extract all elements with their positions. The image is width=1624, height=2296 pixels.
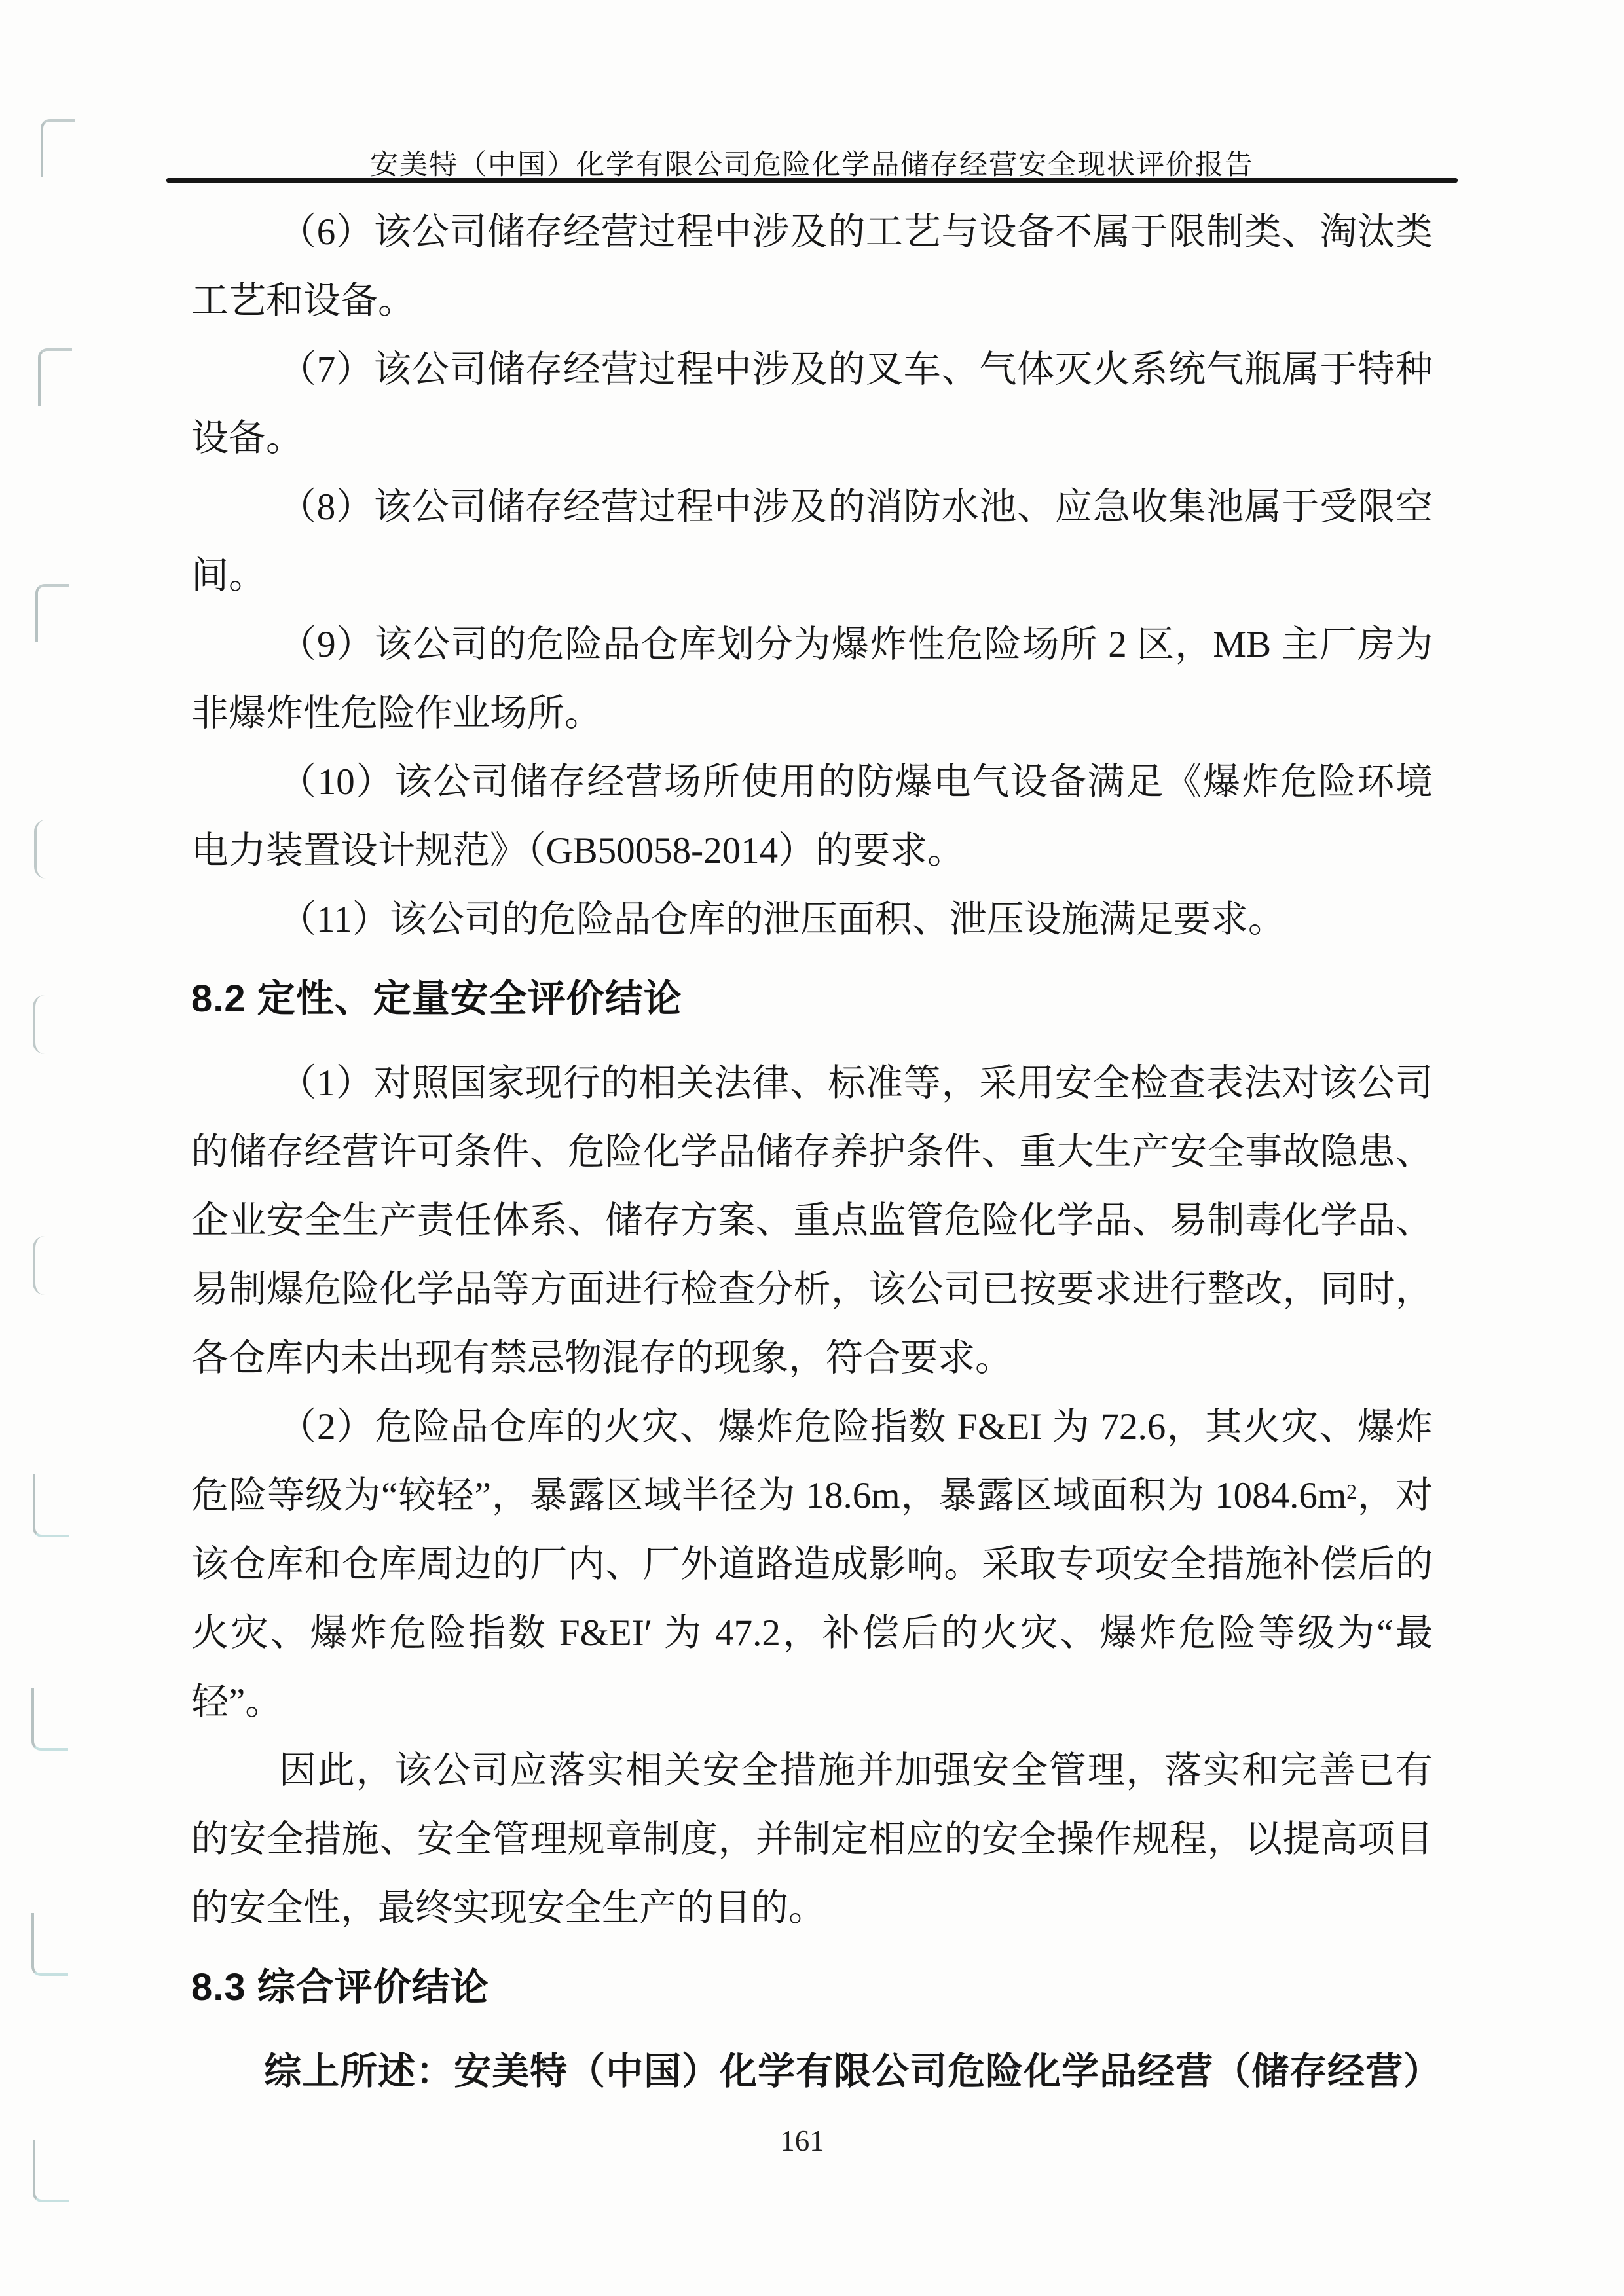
scan-artifact [33, 1236, 48, 1295]
scan-artifact [38, 348, 72, 406]
scan-artifact [33, 1474, 69, 1537]
scan-artifact [34, 820, 50, 879]
conclusion-item-8: （8）该公司储存经营过程中涉及的消防水池、应急收集池属于受限空间。 [191, 473, 1433, 610]
scan-artifact [31, 1688, 68, 1751]
paragraph-2-text-before-superscript: （2）危险品仓库的火灾、爆炸危险指数 F&EI 为 72.6，其火灾、爆炸危险等… [191, 1406, 1433, 1516]
header-divider [166, 178, 1458, 183]
conclusion-item-10: （10）该公司储存经营场所使用的防爆电气设备满足《爆炸危险环境电力装置设计规范》… [191, 748, 1433, 885]
scan-artifact [31, 1913, 68, 1976]
conclusion-item-9: （9）该公司的危险品仓库划分为爆炸性危险场所 2 区，MB 主厂房为非爆炸性危险… [191, 610, 1433, 748]
document-page: 安美特（中国）化学有限公司危险化学品储存经营安全现状评价报告 （6）该公司储存经… [0, 0, 1624, 2296]
page-header-title: 安美特（中国）化学有限公司危险化学品储存经营安全现状评价报告 [0, 143, 1624, 183]
scan-artifact [33, 995, 48, 1054]
page-number: 161 [0, 2124, 1604, 2158]
section-heading-8-2: 8.2 定性、定量安全评价结论 [191, 964, 1433, 1033]
section-8-3-conclusion-lead: 综上所述：安美特（中国）化学有限公司危险化学品经营（储存经营） [191, 2037, 1433, 2106]
section-8-2-paragraph-3: 因此，该公司应落实相关安全措施并加强安全管理，落实和完善已有的安全措施、安全管理… [191, 1736, 1433, 1942]
section-heading-8-3: 8.3 综合评价结论 [191, 1953, 1433, 2022]
page-body: （6）该公司储存经营过程中涉及的工艺与设备不属于限制类、淘汰类工艺和设备。 （7… [191, 198, 1433, 2106]
square-meter-superscript: 2 [1346, 1480, 1357, 1503]
section-8-2-paragraph-1: （1）对照国家现行的相关法律、标准等，采用安全检查表法对该公司的储存经营许可条件… [191, 1049, 1433, 1393]
conclusion-item-11: （11）该公司的危险品仓库的泄压面积、泄压设施满足要求。 [191, 885, 1433, 954]
conclusion-item-6: （6）该公司储存经营过程中涉及的工艺与设备不属于限制类、淘汰类工艺和设备。 [191, 198, 1433, 335]
section-8-2-paragraph-2: （2）危险品仓库的火灾、爆炸危险指数 F&EI 为 72.6，其火灾、爆炸危险等… [191, 1393, 1433, 1736]
scan-artifact [35, 584, 69, 642]
conclusion-item-7: （7）该公司储存经营过程中涉及的叉车、气体灭火系统气瓶属于特种设备。 [191, 335, 1433, 473]
